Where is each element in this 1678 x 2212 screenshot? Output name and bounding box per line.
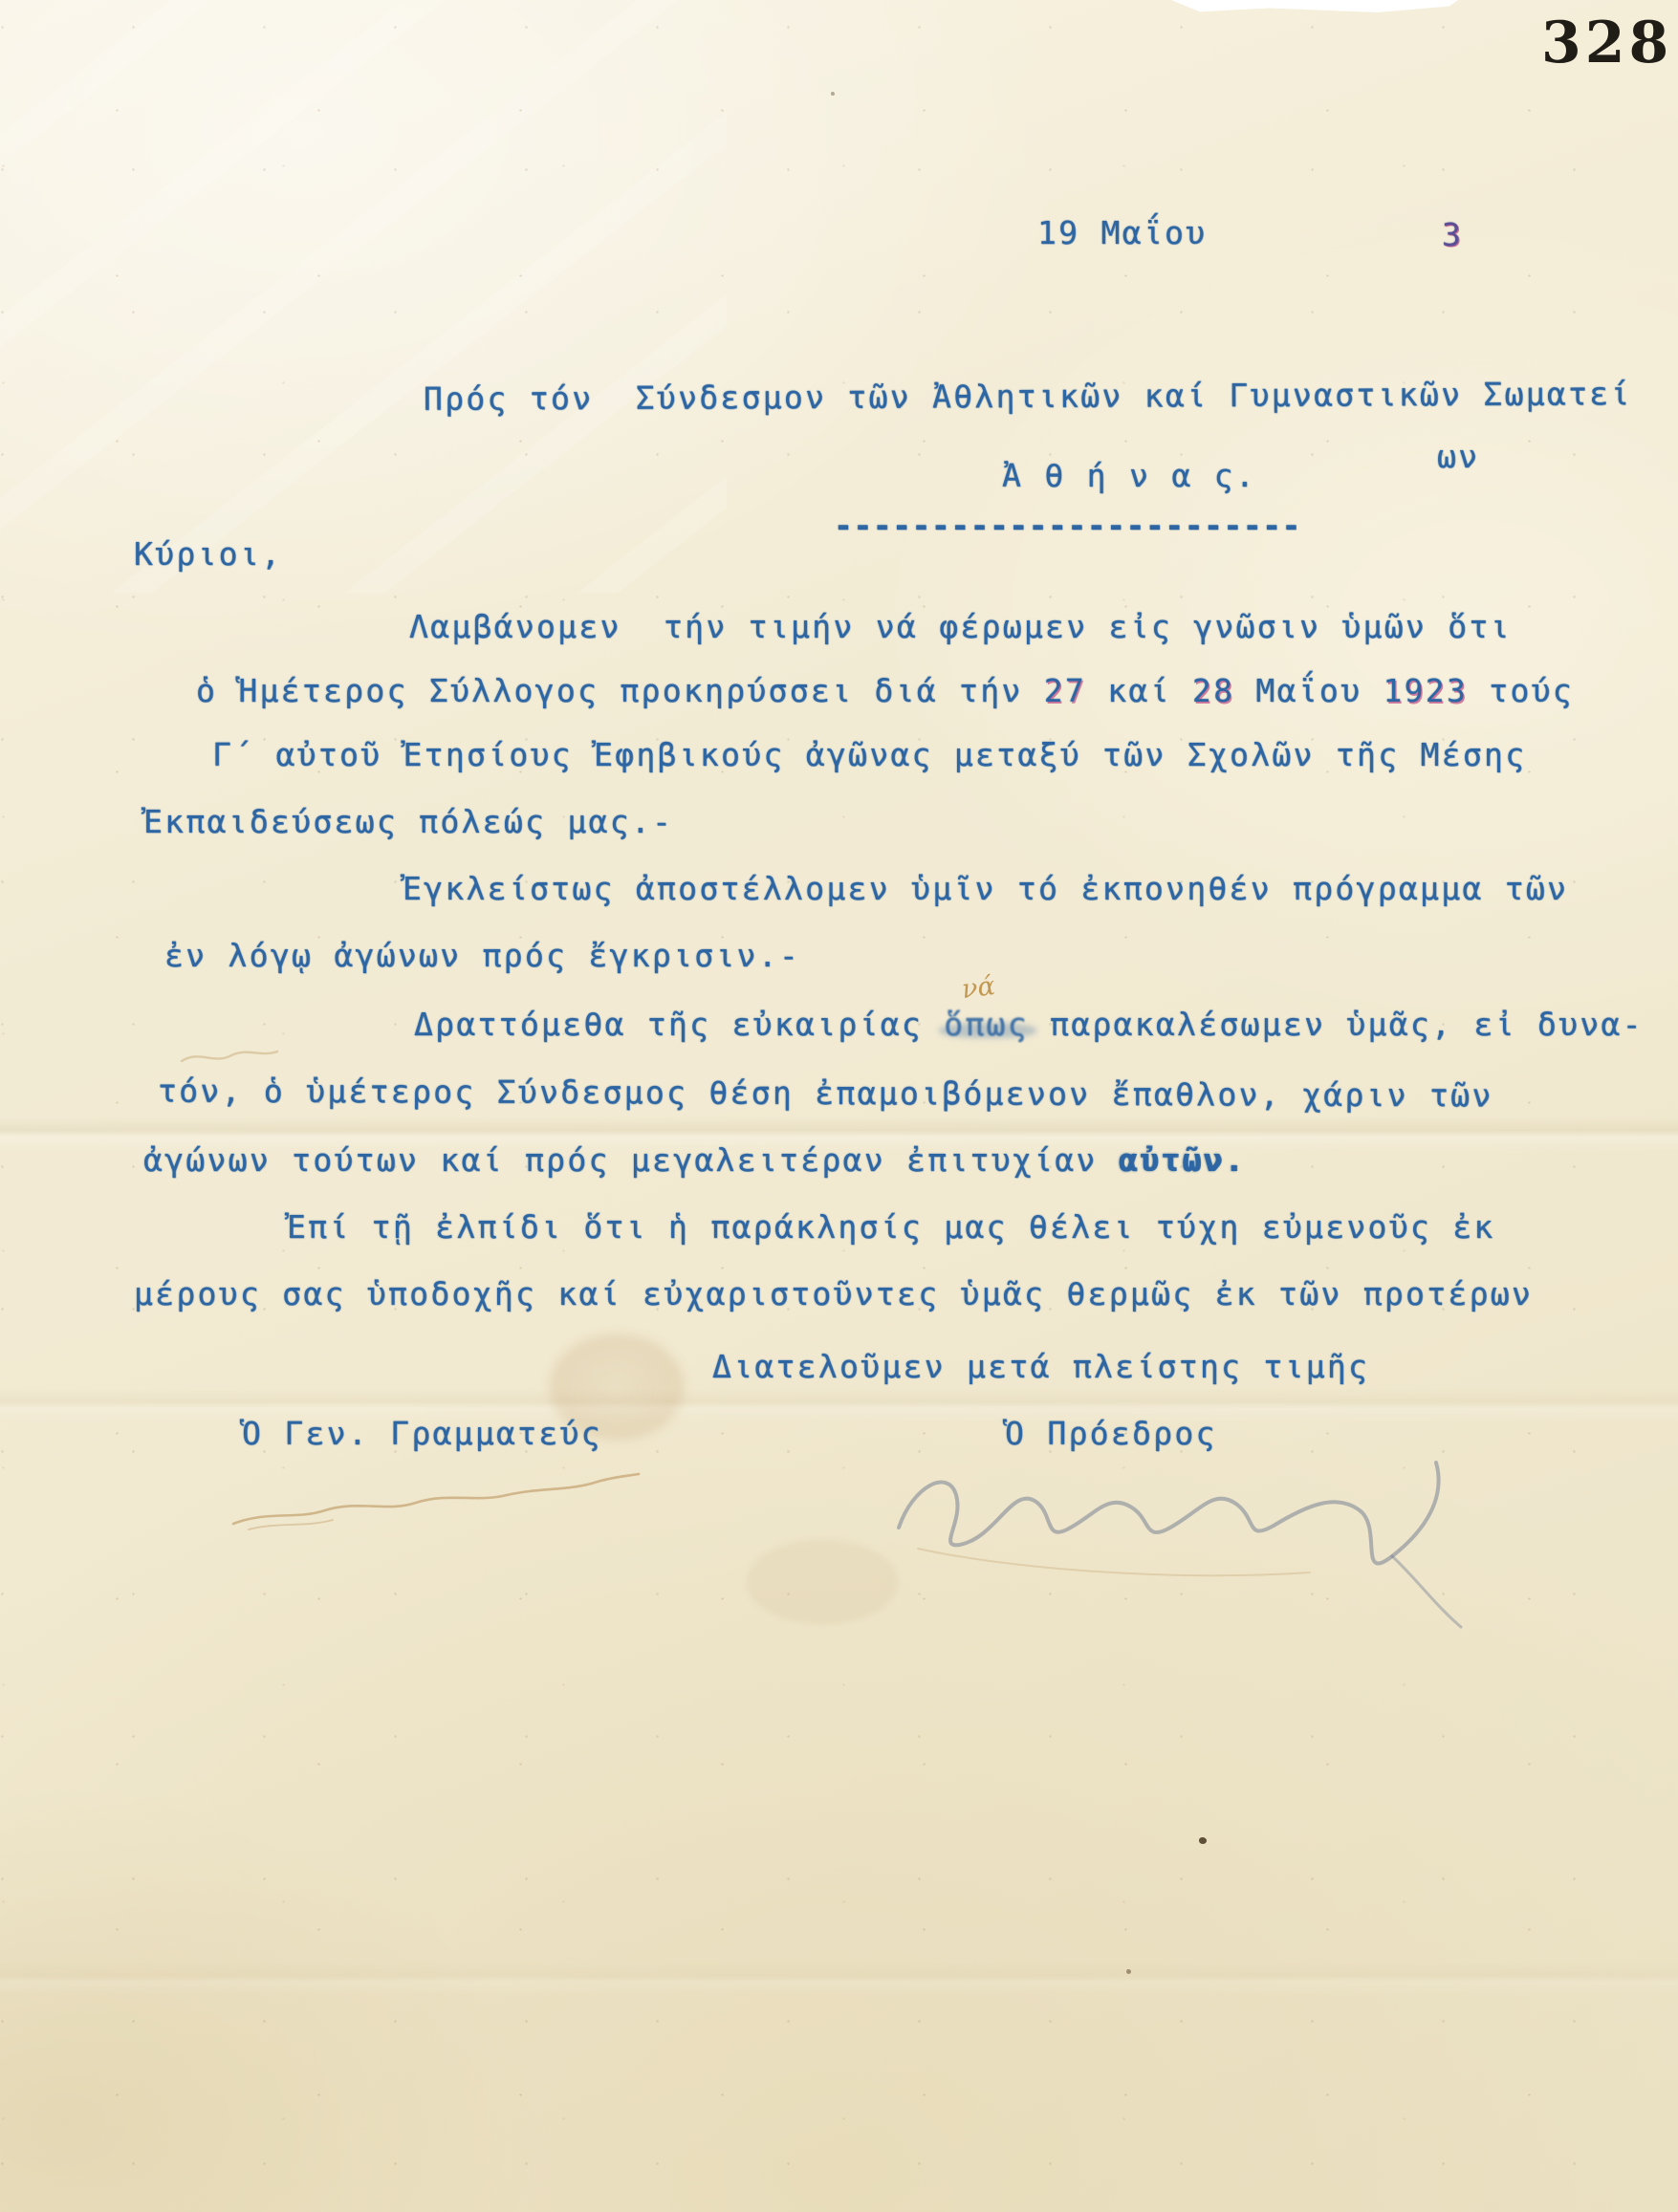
paper-speck <box>1126 1969 1131 1974</box>
overstruck-date-number: 27 <box>1044 672 1086 709</box>
text-run: παρακαλέσωμεν ὑμᾶς, εἰ δυνα- <box>1029 1006 1644 1043</box>
paper-tear-edge <box>1171 0 1458 12</box>
recipient-line: Πρός τόν Σύνδεσμον τῶν Ἀθλητικῶν καί Γυμ… <box>424 375 1632 418</box>
paper-crease <box>0 1962 1678 1996</box>
text-run: καί <box>1086 672 1192 709</box>
text-run: τούς <box>1468 672 1574 709</box>
handwritten-correction: νά <box>960 971 996 1005</box>
ink-bleed-ghost <box>746 1539 899 1625</box>
body-line: Ἐκπαιδεύσεως πόλεώς μας.- <box>143 803 673 840</box>
recipient-city: Ἀ θ ή ν α ς. <box>1002 457 1256 494</box>
page-number: 328 <box>1541 10 1672 76</box>
body-line: Ἐπί τῇ ἐλπίδι ὅτι ἡ παράκλησίς μας θέλει… <box>287 1208 1495 1246</box>
body-line: Γ΄ αὐτοῦ Ἐτησίους Ἐφηβικούς ἀγῶνας μεταξ… <box>212 736 1526 773</box>
body-line: Λαμβάνομεν τήν τιμήν νά φέρωμεν εἰς γνῶσ… <box>409 608 1512 645</box>
text-run: ὁ Ἡμέτερος Σύλλογος προκηρύσσει διά τήν <box>196 672 1044 709</box>
overstruck-year: 1923 <box>1383 672 1468 709</box>
typed-dash-rule: ------------------------ <box>834 507 1301 544</box>
paper-speck <box>1199 1837 1207 1844</box>
body-line: μέρους σας ὑποδοχῆς καί εὐχαριστοῦντες ὑ… <box>134 1275 1533 1312</box>
secretary-title: Ὁ Γεν. Γραμματεύς <box>242 1415 602 1452</box>
recipient-carryover: ων <box>1437 438 1479 475</box>
body-line: ἐν λόγῳ ἀγώνων πρός ἔγκρισιν.- <box>164 937 800 974</box>
salutation: Κύριοι, <box>134 535 282 573</box>
secretary-signature <box>220 1453 660 1549</box>
text-run: Δραττόμεθα τῆς εὐκαιρίας <box>414 1006 944 1043</box>
body-line: ὁ Ἡμέτερος Σύλλογος προκηρύσσει διά τήν … <box>196 672 1574 709</box>
overstruck-date-number: 28 <box>1192 672 1234 709</box>
closing-line: Διατελοῦμεν μετά πλείστης τιμῆς <box>712 1348 1369 1385</box>
overstruck-word: αὐτῶν. <box>1119 1141 1246 1179</box>
erasure-smudge <box>939 1023 1036 1038</box>
letter-page: 328 19 Μαΐου 3 Πρός τόν Σύνδεσμον τῶν Ἀθ… <box>0 0 1678 2212</box>
date: 19 Μαΐου <box>1037 214 1207 251</box>
paper-speck <box>831 92 835 96</box>
text-run: ἀγώνων τούτων καί πρός μεγαλειτέραν ἐπιτ… <box>143 1141 1119 1179</box>
president-title: Ὁ Πρόεδρος <box>1005 1415 1217 1452</box>
body-line: τόν, ὁ ὑμέτερος Σύνδεσμος θέση ἐπαμοιβόμ… <box>158 1073 1493 1115</box>
text-run: Μαΐου <box>1234 672 1383 709</box>
paper-fold-streaks <box>0 0 727 593</box>
body-line: ἀγώνων τούτων καί πρός μεγαλειτέραν ἐπιτ… <box>143 1141 1246 1179</box>
date-year-fragment: 3 <box>1442 216 1463 253</box>
body-line: Ἐγκλείστως ἀποστέλλομεν ὑμῖν τό ἐκπονηθέ… <box>403 870 1568 907</box>
body-line: Δραττόμεθα τῆς εὐκαιρίας ὅπως παρακαλέσω… <box>414 1006 1644 1043</box>
